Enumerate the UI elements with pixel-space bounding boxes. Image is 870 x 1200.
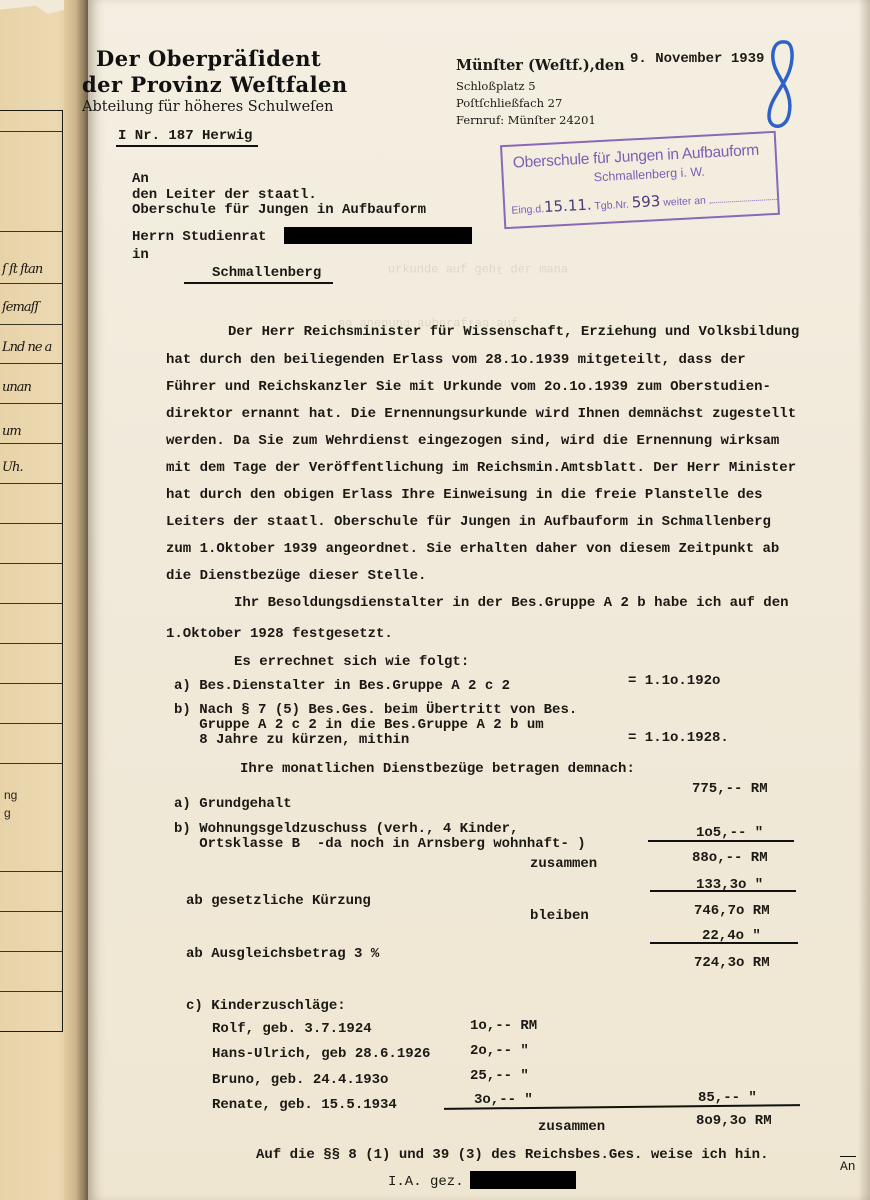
wohnung-line: Ortsklasse B -da noch in Arnsberg wohnha… (174, 837, 586, 851)
children-label: c) Kinderzuschläge: (186, 999, 346, 1013)
child-name: Bruno, geb. 24.4.193o (212, 1073, 388, 1087)
closing-line: Auf die §§ 8 (1) und 39 (3) des Reichsbe… (256, 1148, 768, 1162)
body-line: hat durch den obigen Erlass Ihre Einweis… (166, 488, 763, 502)
child-name: Rolf, geb. 3.7.1924 (212, 1022, 372, 1036)
calc-a-label: a) Bes.Dienstalter in Bes.Gruppe A 2 c 2 (174, 679, 510, 693)
calc-b-line: b) Nach § 7 (5) Bes.Ges. beim Übertritt … (174, 703, 577, 717)
sheet-edge-shadow (858, 0, 870, 1200)
zusammen-value: 88o,-- RM (692, 851, 768, 865)
ausgleich-label: ab Ausgleichsbetrag 3 % (186, 947, 379, 961)
zusammen-label: zusammen (538, 1120, 605, 1134)
place-line: Münſter (Weſtf.),den (456, 57, 625, 74)
calc-b-line: Gruppe A 2 c 2 in die Bes.Gruppe A 2 b u… (174, 718, 544, 732)
child-amount: 1o,-- RM (470, 1019, 537, 1033)
wohnung-line: b) Wohnungsgeldzuschuss (verh., 4 Kinder… (174, 822, 518, 836)
recipient-salutation: Herrn Studienrat (132, 230, 266, 244)
stamp-eing-label: Eing.d. (511, 203, 544, 217)
show-through-text: ɐuɐɯ ɹǝp ʇɥǝƃ ɟnɐ ǝpunʞɹn (388, 262, 568, 276)
kuerzung-label: ab gesetzliche Kürzung (186, 894, 371, 908)
stamp-eing-value: 15.11. (544, 196, 593, 216)
folder-handwriting: ſemaſſ (2, 300, 38, 315)
bleiben-label: bleiben (530, 909, 589, 923)
stamp-dotted-line (709, 199, 779, 204)
sum-rule (650, 942, 798, 944)
folder-handwriting: unan (2, 380, 31, 395)
letter-date: 9. November 1939 (630, 52, 764, 66)
folder-edge (64, 0, 84, 1200)
address-line: Fernruf: Münſter 24201 (456, 113, 596, 127)
stamp-tgb-label: Tgb.Nr. (594, 199, 629, 213)
address-line: Poſtſchließfach 27 (456, 96, 562, 110)
signature-prefix: I.A. gez. (388, 1174, 464, 1190)
child-name: Hans-Ulrich, geb 28.6.1926 (212, 1047, 430, 1061)
next-page-marker: An (840, 1156, 856, 1174)
child-amount: 2o,-- " (470, 1044, 529, 1058)
recipient-line: Oberschule für Jungen in Aufbauform (132, 203, 426, 217)
body-line: Der Herr Reichsminister für Wissenschaft… (228, 325, 799, 339)
recipient-line: den Leiter der staatl. (132, 188, 317, 202)
child-amount: 3o,-- " (474, 1093, 533, 1107)
stamp-town: Schmallenberg i. W. (593, 165, 705, 185)
body-line: werden. Da Sie zum Wehrdienst eingezogen… (166, 434, 779, 448)
address-line: Schloßplatz 5 (456, 79, 536, 93)
body-line: Ihr Besoldungsdienstalter in der Bes.Gru… (234, 596, 789, 610)
calc-intro: Es errechnet sich wie folgt: (234, 655, 469, 669)
sum-rule (650, 890, 796, 892)
body-line: mit dem Tage der Veröffentlichung im Rei… (166, 461, 796, 475)
salary-intro: Ihre monatlichen Dienstbezüge betragen d… (240, 762, 635, 776)
folder-handwriting: Lnd ne a (2, 340, 51, 355)
body-line: Leiters der staatl. Oberschule für Junge… (166, 515, 771, 529)
recipient-in: in (132, 248, 149, 262)
wohnung-value: 1o5,-- " (696, 826, 763, 840)
grundgehalt-label: a) Grundgehalt (174, 797, 292, 811)
stamp-entry-line: Eing.d.15.11. Tgb.Nr. 593 weiter an (511, 186, 779, 218)
reference-number: I Nr. 187 Herwig (116, 128, 258, 147)
calc-b-line: 8 Jahre zu kürzen, mithin (174, 733, 409, 747)
authority-province: der Provinz Weſtfalen (82, 72, 348, 97)
body-line: Führer und Reichskanzler Sie mit Urkunde… (166, 380, 771, 394)
folder-handwriting: ſ ſt ſtan (2, 262, 42, 277)
subtotal-value: 724,3o RM (694, 956, 770, 970)
body-line: zum 1.Oktober 1939 angeordnet. Sie erhal… (166, 542, 779, 556)
zusammen-label: zusammen (530, 857, 597, 871)
grundgehalt-value: 775,-- RM (692, 782, 768, 796)
body-line: direktor ernannt hat. Die Ernennungsurku… (166, 407, 796, 421)
body-line: hat durch den beiliegenden Erlass vom 28… (166, 353, 746, 367)
folder-print-fragment: ng (4, 788, 17, 802)
folder-print-fragment: g (4, 806, 11, 820)
recipient-city: Schmallenberg (184, 266, 333, 284)
letter-sheet: ɐuɐɯ ɹǝp ʇɥǝƃ ɟnɐ ǝpunʞɹn ɟnɐ 6ɐʇɟɐɹǝqnɐ… (88, 0, 870, 1200)
ausgleich-value: 22,4o " (702, 929, 761, 943)
handwritten-page-number-icon (763, 38, 797, 133)
body-line: 1.Oktober 1928 festgesetzt. (166, 627, 393, 641)
stamp-tgb-value: 593 (631, 192, 661, 211)
stamp-weiter-label: weiter an (663, 195, 706, 209)
redaction-bar (470, 1171, 576, 1189)
folder-form-grid (0, 110, 63, 1032)
child-amount: 25,-- " (470, 1069, 529, 1083)
receipt-stamp: Oberschule für Jungen in Aufbauform Schm… (500, 131, 780, 229)
grand-total: 8o9,3o RM (696, 1114, 772, 1128)
folder-handwriting: Uh. (2, 460, 22, 475)
authority-department: Abteilung für höheres Schulweſen (82, 99, 333, 115)
children-total: 85,-- " (698, 1091, 757, 1105)
redaction-bar (284, 227, 472, 244)
child-name: Renate, geb. 15.5.1934 (212, 1098, 397, 1112)
body-line: die Dienstbezüge dieser Stelle. (166, 569, 426, 583)
calc-a-value: = 1.1o.192o (628, 674, 720, 688)
calc-b-value: = 1.1o.1928. (628, 731, 729, 745)
authority-title: Der Oberpräſident (96, 46, 321, 71)
recipient-line: An (132, 172, 149, 186)
sum-rule (648, 840, 794, 842)
bleiben-value: 746,7o RM (694, 904, 770, 918)
folder-handwriting: um (2, 424, 21, 439)
